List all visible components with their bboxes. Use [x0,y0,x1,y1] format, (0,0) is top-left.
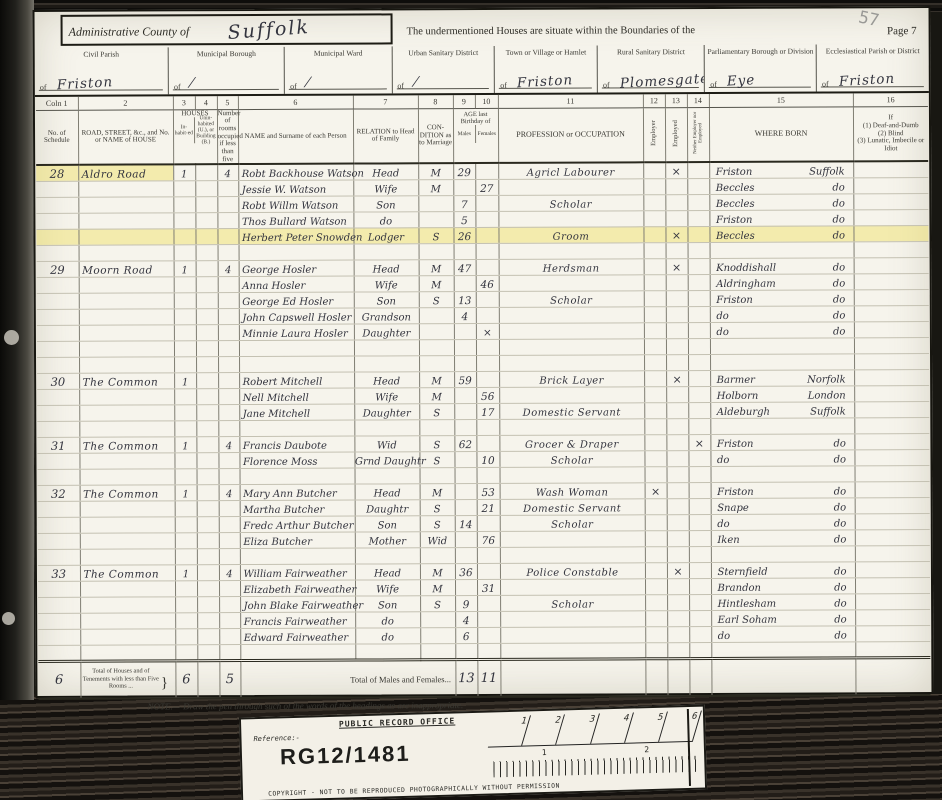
cell-condition [419,339,454,355]
cell-rooms: 4 [219,564,240,580]
cell-road: Aldro Road [78,165,173,181]
cell-neither [687,178,709,194]
cell-name: Edward Fairweather [240,628,355,645]
cell-rooms [217,180,238,196]
cell-inhabited [173,197,195,213]
cell-occupation [499,419,644,436]
cell-where-born: AldeburghSuffolk [710,402,854,419]
cell-road [79,453,174,469]
cell-name: Jessie W. Watson [238,180,353,197]
cell-infirmity [854,369,929,385]
cell-infirmity [854,385,929,401]
cell-occupation [500,579,645,596]
cell-uninhabited [197,468,219,484]
punch-hole [4,330,19,345]
cell-employed [665,210,687,226]
cell-inhabited [175,501,197,517]
cell-employer [645,467,667,483]
cell-inhabited [175,629,197,645]
cell-neither [689,530,711,546]
cell-employer [643,163,665,179]
cell-road [79,325,174,341]
cell-condition: S [418,227,453,243]
cell-age-female [476,243,499,259]
cell-rooms [218,452,239,468]
cell-relation: Head [355,484,420,500]
cell-occupation [500,611,645,628]
cell-name: Herbert Peter Snowden [238,228,353,245]
cell-name [239,244,354,261]
cell-name: Francis Daubote [239,436,354,453]
ruler-cm-mark: 1 [542,748,547,757]
cell-occupation [500,547,645,564]
cell-rooms [219,612,240,628]
cell-road [79,293,174,309]
cell-rooms [219,516,240,532]
cell-uninhabited [196,420,218,436]
cell-employer [645,499,667,515]
cell-age-female [476,291,499,307]
cell-where-born: Fristondo [711,482,855,499]
cell-relation: Son [354,292,419,308]
cell-infirmity [854,337,929,353]
column-number: Coln 1 [36,97,78,110]
col-header-name: NAME and Surname of each Person [238,109,353,165]
cell-schedule [38,517,80,533]
column-number: 11 [498,94,643,108]
cell-schedule [36,197,78,213]
column-number: 6 [238,96,353,110]
cell-uninhabited [197,500,219,516]
cell-condition: Wid [420,531,455,547]
cell-neither [689,466,711,482]
cell-neither [688,306,710,322]
cell-occupation: Scholar [499,451,644,468]
cell-employer [645,515,667,531]
cell-employer [644,371,666,387]
cell-occupation [499,307,644,324]
cell-employed [666,434,688,450]
cell-where-born: dodo [710,306,854,323]
cell-uninhabited [196,436,218,452]
cell-neither [689,498,711,514]
column-number: 7 [353,95,418,108]
cell-rooms [218,324,239,340]
cell-where-born [711,546,855,563]
cell-occupation [498,179,643,196]
cell-neither [687,194,709,210]
cell-age-female [477,515,500,531]
cell-infirmity [854,321,929,337]
col-header-rooms: Number of rooms occupied if less than fi… [217,109,238,164]
cell-condition: M [419,371,454,387]
cell-infirmity [853,209,928,225]
cell-uninhabited [197,516,219,532]
cell-where-born: HolbornLondon [710,386,854,403]
cell-age-female [475,211,498,227]
col-header-profession: PROFESSION or OCCUPATION [498,107,643,163]
cell-relation: Grnd Daughtr [354,452,419,468]
cell-employer [643,179,665,195]
cell-employed [667,514,689,530]
cell-where-born [711,642,855,659]
cell-rooms [219,628,240,644]
cell-rooms [217,196,238,212]
cell-age-female: 53 [477,483,500,499]
cell-neither [688,402,710,418]
cell-relation: Son [353,196,418,212]
cell-where-born: Fristondo [709,210,853,227]
cell-relation: Grandson [354,308,419,324]
cell-schedule [37,389,79,405]
cell-uninhabited [197,612,219,628]
cell-occupation [498,211,643,228]
cell-age-male: 26 [453,227,475,243]
cell-age-male [455,499,477,515]
cell-rooms [218,420,239,436]
cell-employer [645,547,667,563]
col-header-houses: HOUSES In-habit-ed Unin-habited (U.), or… [173,109,217,165]
cell-age-male: 4 [454,307,476,323]
cell-uninhabited [197,484,219,500]
cell-neither [688,274,710,290]
cell-age-female: 46 [476,275,499,291]
cell-inhabited [174,341,196,357]
cell-age-male: 7 [453,195,475,211]
cell-occupation: Scholar [500,515,645,532]
cell-age-female [476,371,499,387]
cell-infirmity [854,417,929,433]
cell-neither [688,338,710,354]
cell-relation [354,244,419,260]
cell-road: The Common [79,437,174,453]
cell-age-female: 27 [475,179,498,195]
cell-relation: do [355,628,420,644]
cell-inhabited: 1 [173,165,195,181]
punch-hole [2,612,15,625]
cell-neither [687,210,709,226]
totals-houses-label: Total of Houses and of Tenements with le… [80,661,175,699]
cell-schedule: 31 [37,437,79,453]
cell-rooms: 4 [217,164,238,180]
totals-row: 6 Total of Houses and of Tenements with … [38,657,930,699]
cell-employed [667,642,689,658]
col-header-schedule: No. of Schedule [36,110,78,165]
cell-name: Elizabeth Fairweather [240,580,355,597]
cell-employed [666,354,688,370]
cell-occupation: Agricl Labourer [498,163,643,180]
cell-employed [667,594,689,610]
cell-road [78,197,173,213]
cell-schedule [37,293,79,309]
cell-road [80,645,175,661]
cell-condition: S [419,435,454,451]
cell-condition: M [418,179,453,195]
cell-age-female [476,419,499,435]
cell-occupation [499,243,644,260]
column-number: 9 [453,95,475,108]
cell-where-born: Sternfielddo [711,562,855,579]
cell-schedule: 30 [37,373,79,389]
cell-infirmity [854,401,929,417]
cell-road [79,277,174,293]
cell-employer [644,339,666,355]
cell-inhabited [174,293,196,309]
cell-age-female [477,467,500,483]
cell-name [240,644,355,661]
ruler: 123456 12 [492,711,699,787]
cell-road: Moorn Road [79,261,174,277]
cell-infirmity [854,273,929,289]
cell-where-born: BarmerNorfolk [710,370,854,387]
cell-employer [644,387,666,403]
cell-uninhabited [197,596,219,612]
cell-occupation: Herdsman [499,259,644,276]
cell-name: Eliza Butcher [240,532,355,549]
cell-neither [688,418,710,434]
cell-condition [420,643,455,659]
cell-where-born: Fristondo [710,434,854,451]
cell-uninhabited [196,292,218,308]
cell-uninhabited [196,340,218,356]
cell-infirmity [854,353,929,369]
cell-road [78,213,173,229]
cell-road [80,469,175,485]
cell-inhabited [174,453,196,469]
page-header: Administrative County of Suffolk The und… [35,8,929,48]
cell-neither [689,642,711,658]
cell-employer [644,403,666,419]
cell-age-male [454,323,476,339]
col-header-road: ROAD, STREET, &c., and No. or NAME of HO… [78,109,173,165]
cell-relation [355,468,420,484]
cell-totals-rooms: 5 [219,660,240,698]
cell-relation [355,644,420,660]
reference-number: RG12/1481 [280,741,411,771]
cell-age-female [475,227,498,243]
cell-age-male [455,547,477,563]
cell-infirmity [854,449,929,465]
cell-employer [644,307,666,323]
cell-condition [418,195,453,211]
cell-uninhabited [196,452,218,468]
cell-condition [418,211,453,227]
cell-where-born: Becclesdo [709,178,853,195]
cell-schedule [36,229,78,245]
cell-age-male: 9 [455,595,477,611]
cell-occupation: Domestic Servant [499,403,644,420]
cell-name: Mary Ann Butcher [240,484,355,501]
cell-employer [645,579,667,595]
cell-schedule [37,245,79,261]
cell-where-born: dodo [711,514,855,531]
cell-neither: × [688,434,710,450]
cell-rooms [218,292,239,308]
cell-where-born: Earl Sohamdo [711,610,855,627]
cell-relation [354,356,419,372]
cell-relation: Head [354,260,419,276]
cell-age-male [454,419,476,435]
cell-road [79,341,174,357]
cell-road [78,181,173,197]
cell-employer [644,323,666,339]
cell-condition: M [419,387,454,403]
cell-condition: S [420,595,455,611]
cell-empty [667,658,689,696]
cell-employed: × [665,226,687,242]
cell-age-female [477,611,500,627]
cell-condition: M [419,275,454,291]
cell-neither [689,594,711,610]
cell-name [239,420,354,437]
cell-relation: Wife [353,180,418,196]
cell-age-male [455,579,477,595]
cell-age-female [475,195,498,211]
district-box: Municipal Ward of ⁄ [285,46,392,93]
col-header-age: AGE last Birthday of Males Females [453,108,498,164]
census-page: Administrative County of Suffolk The und… [33,6,934,698]
cell-rooms: 4 [218,436,239,452]
cell-schedule [38,469,80,485]
cell-employed [666,402,688,418]
cell-employer [644,435,666,451]
cell-age-male [454,355,476,371]
cell-age-female [476,307,499,323]
cell-schedule: 32 [38,485,80,501]
cell-employer [644,275,666,291]
cell-road: The Common [80,565,175,581]
cell-neither [687,162,709,178]
cell-age-male [455,531,477,547]
cell-age-male: 14 [455,515,477,531]
reference-label: Reference:- [253,734,300,743]
col-header-uninhabited: Unin-habited (U.), or Building (B.) [194,117,216,143]
cell-neither [689,610,711,626]
column-number: 4 [195,96,217,109]
cell-infirmity [855,497,930,513]
cell-road [79,357,174,373]
cell-schedule [37,357,79,373]
cell-infirmity [855,593,930,609]
cell-employed [666,450,688,466]
cell-infirmity [855,545,930,561]
cell-age-male [454,403,476,419]
cell-rooms [218,308,239,324]
cell-relation: Head [355,564,420,580]
cell-age-female [476,355,499,371]
cell-road [79,421,174,437]
cell-age-female: 31 [477,579,500,595]
cell-employed [666,274,688,290]
cell-infirmity [854,465,929,481]
cell-road [80,533,175,549]
col-header-employed: Employed [665,107,687,162]
cell-inhabited [173,229,195,245]
column-number: 16 [853,93,928,106]
cell-employed [667,546,689,562]
column-number: 3 [173,96,195,109]
cell-infirmity [853,193,928,209]
cell-neither [689,546,711,562]
cell-infirmity [855,481,930,497]
cell-condition: S [420,499,455,515]
cell-employed [667,530,689,546]
cell-employed: × [666,370,688,386]
cell-neither [688,354,710,370]
cell-relation: Head [354,372,419,388]
cell-neither [688,322,710,338]
cell-where-born: Hintleshamdo [711,594,855,611]
district-box: Municipal Borough of ⁄ [169,47,285,95]
cell-occupation [500,627,645,644]
cell-name: Robt Backhouse Watson [238,164,353,181]
cell-uninhabited [197,532,219,548]
cell-age-female: 56 [476,387,499,403]
census-table: Coln 1 2 3 4 5 6 7 8 9 10 11 12 13 14 15… [36,93,931,700]
cell-infirmity [855,513,930,529]
cell-relation [355,548,420,564]
cell-inhabited [175,469,197,485]
cell-infirmity [853,225,928,241]
cell-age-male: 5 [453,211,475,227]
cell-where-born: Brandondo [711,578,855,595]
cell-schedule [37,453,79,469]
cell-age-female [475,163,498,179]
cell-inhabited: 1 [174,373,196,389]
cell-uninhabited [196,260,218,276]
cell-employed [665,194,687,210]
cell-inhabited: 1 [175,485,197,501]
cell-age-female [476,339,499,355]
cell-age-female: 17 [476,403,499,419]
cell-name: Fredc Arthur Butcher [240,516,355,533]
totals-mf-label: Total of Males and Females... [240,659,455,698]
cell-empty [500,659,645,698]
cell-road [80,613,175,629]
cell-road [79,405,174,421]
cell-uninhabited [197,628,219,644]
cell-inhabited [174,309,196,325]
cell-uninhabited [195,228,217,244]
cell-empty [197,660,219,698]
cell-condition: M [419,259,454,275]
cell-where-born: Ikendo [711,530,855,547]
cell-name [239,340,354,357]
cell-age-female [477,643,500,659]
cell-uninhabited [196,308,218,324]
cell-where-born: Fristondo [710,290,854,307]
cell-where-born: FristonSuffolk [709,162,853,179]
cell-where-born [710,242,854,259]
cell-infirmity [854,433,929,449]
cell-age-male: 13 [454,291,476,307]
cell-uninhabited [195,196,217,212]
column-number: 2 [78,96,173,109]
cell-occupation: Domestic Servant [500,499,645,516]
cell-neither [689,626,711,642]
cell-relation: Daughtr [355,500,420,516]
cell-inhabited: 1 [175,565,197,581]
cell-uninhabited [196,276,218,292]
cell-neither [688,450,710,466]
cell-employed [666,306,688,322]
cell-infirmity [854,305,929,321]
cell-road [79,389,174,405]
district-box: Civil Parish of Friston [35,47,169,95]
cell-infirmity [855,641,930,657]
cell-road [80,581,175,597]
cell-infirmity [853,177,928,193]
